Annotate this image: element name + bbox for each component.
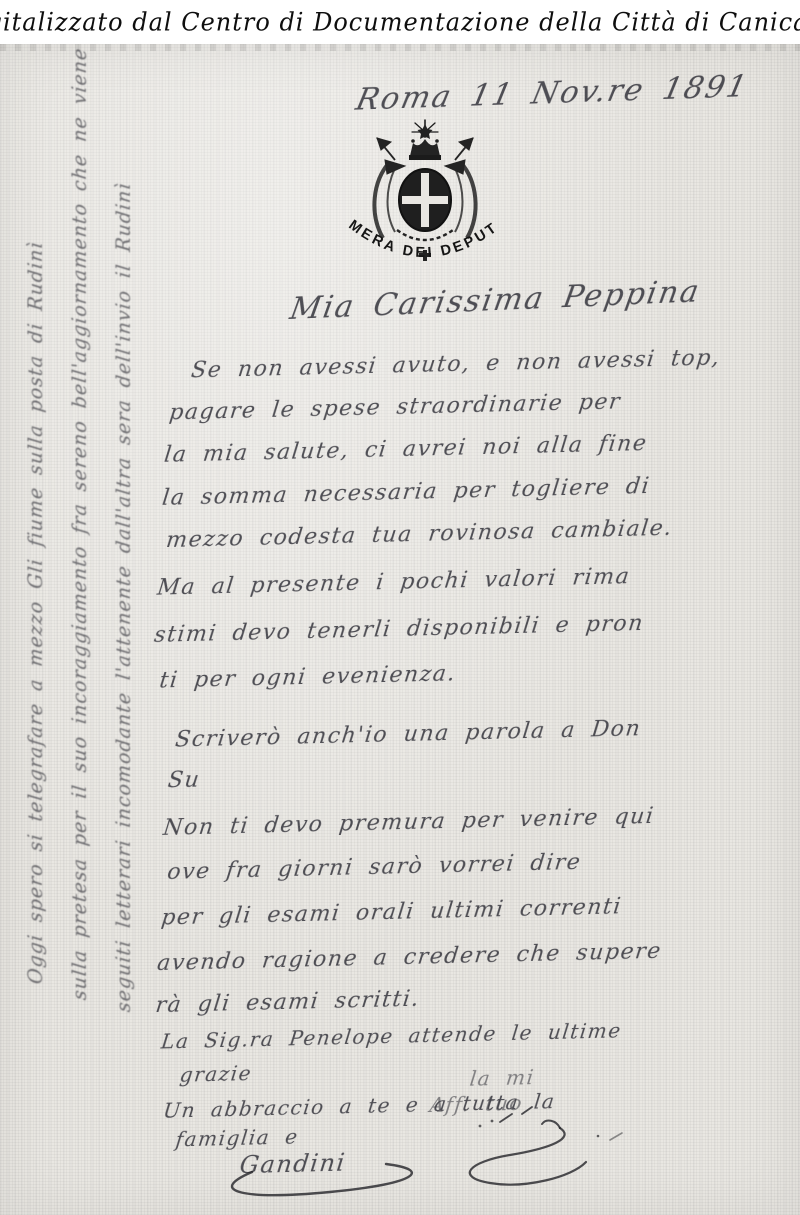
- handwriting-line: Su: [166, 768, 201, 794]
- margin-note-line: sulla pretesa per il suo incoraggiamento…: [58, 88, 102, 1043]
- closing-aff: Aff. tuo: [428, 1091, 524, 1117]
- scan-page: digitalizzato dal Centro di Documentazio…: [0, 0, 800, 1215]
- emblem-crown: [409, 134, 441, 160]
- digitization-watermark: digitalizzato dal Centro di Documentazio…: [0, 0, 800, 44]
- chamber-emblem-svg: CAMERA DEI DEPUTATI: [325, 118, 525, 288]
- closing-hint: la mi: [469, 1065, 537, 1091]
- margin-note-line: seguiti letterari incomodante l'attenent…: [102, 88, 146, 1043]
- chamber-emblem: CAMERA DEI DEPUTATI: [325, 118, 525, 288]
- digitization-watermark-text: digitalizzato dal Centro di Documentazio…: [0, 7, 800, 36]
- margin-note-line: Oggi spero si telegrafare a mezzo Gli fi…: [14, 88, 58, 1043]
- margin-note: Oggi spero si telegrafare a mezzo Gli fi…: [14, 90, 146, 1040]
- emblem-shield: [399, 169, 451, 231]
- handwriting-line-name: Gandini: [238, 1149, 347, 1180]
- handwriting-line: famiglia e: [174, 1125, 300, 1152]
- handwriting-line: grazie: [178, 1061, 253, 1087]
